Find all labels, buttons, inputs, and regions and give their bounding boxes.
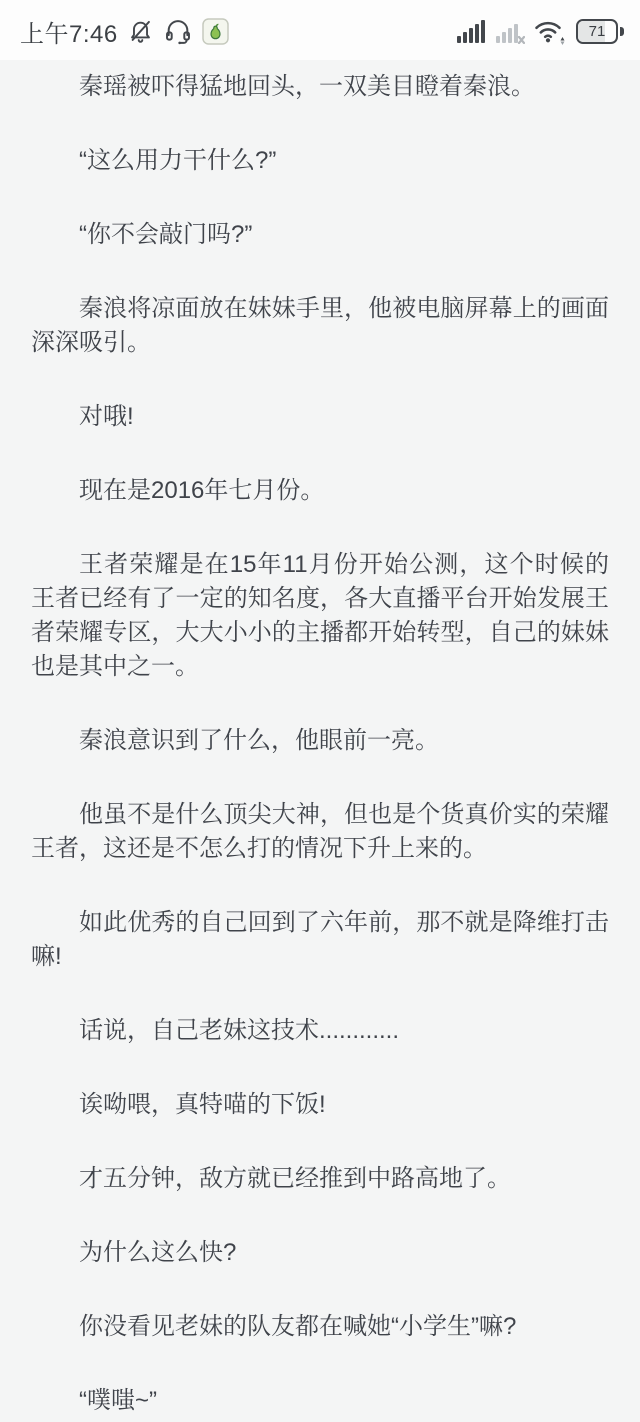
cell-signal-sim1-icon xyxy=(456,19,486,44)
paragraph: 你没看见老妹的队友都在喊她“小学生”嘛? xyxy=(31,1310,609,1344)
paragraph: 话说，自己老妹这技术............ xyxy=(31,1014,609,1048)
paragraph: 才五分钟，敌方就已经推到中路高地了。 xyxy=(31,1162,609,1196)
battery-indicator: 71 xyxy=(576,19,624,44)
paragraph: 为什么这么快? xyxy=(31,1236,609,1270)
status-bar: 上午7:46 xyxy=(0,0,640,60)
paragraph: 王者荣耀是在15年11月份开始公测，这个时候的王者已经有了一定的知名度，各大直播… xyxy=(31,548,609,684)
paragraph: 诶呦喂，真特喵的下饭! xyxy=(31,1088,609,1122)
paragraph: “你不会敲门吗?” xyxy=(31,218,609,252)
phone-screen: 上午7:46 xyxy=(0,0,640,1422)
battery-body: 71 xyxy=(576,19,618,44)
clock: 上午7:46 xyxy=(20,14,118,49)
paragraph: 对哦! xyxy=(31,400,609,434)
paragraph: 他虽不是什么顶尖大神，但也是个货真价实的荣耀王者，这还是不怎么打的情况下升上来的… xyxy=(31,798,609,866)
paragraph: 秦浪意识到了什么，他眼前一亮。 xyxy=(31,724,609,758)
paragraph: 如此优秀的自己回到了六年前，那不就是降维打击嘛! xyxy=(31,906,609,974)
paragraph: “这么用力干什么?” xyxy=(31,144,609,178)
headset-icon xyxy=(163,17,193,45)
status-bar-left: 上午7:46 xyxy=(20,14,229,49)
battery-nub xyxy=(620,27,624,36)
paragraph: 秦浪将凉面放在妹妹手里，他被电脑屏幕上的画面深深吸引。 xyxy=(31,292,609,360)
wifi-icon xyxy=(534,18,567,45)
status-bar-right: 71 xyxy=(456,18,624,45)
paragraph: 现在是2016年七月份。 xyxy=(31,474,609,508)
cell-signal-sim2-off-icon xyxy=(495,19,525,44)
notifications-muted-icon xyxy=(127,18,154,45)
novel-reading-area[interactable]: 秦瑶被吓得猛地回头，一双美目瞪着秦浪。 “这么用力干什么?” “你不会敲门吗?”… xyxy=(0,60,640,1418)
paragraph: 秦瑶被吓得猛地回头，一双美目瞪着秦浪。 xyxy=(31,70,609,104)
green-app-badge-icon xyxy=(202,18,229,45)
battery-percent-label: 71 xyxy=(589,23,606,40)
paragraph: “噗嗤~” xyxy=(31,1384,609,1418)
